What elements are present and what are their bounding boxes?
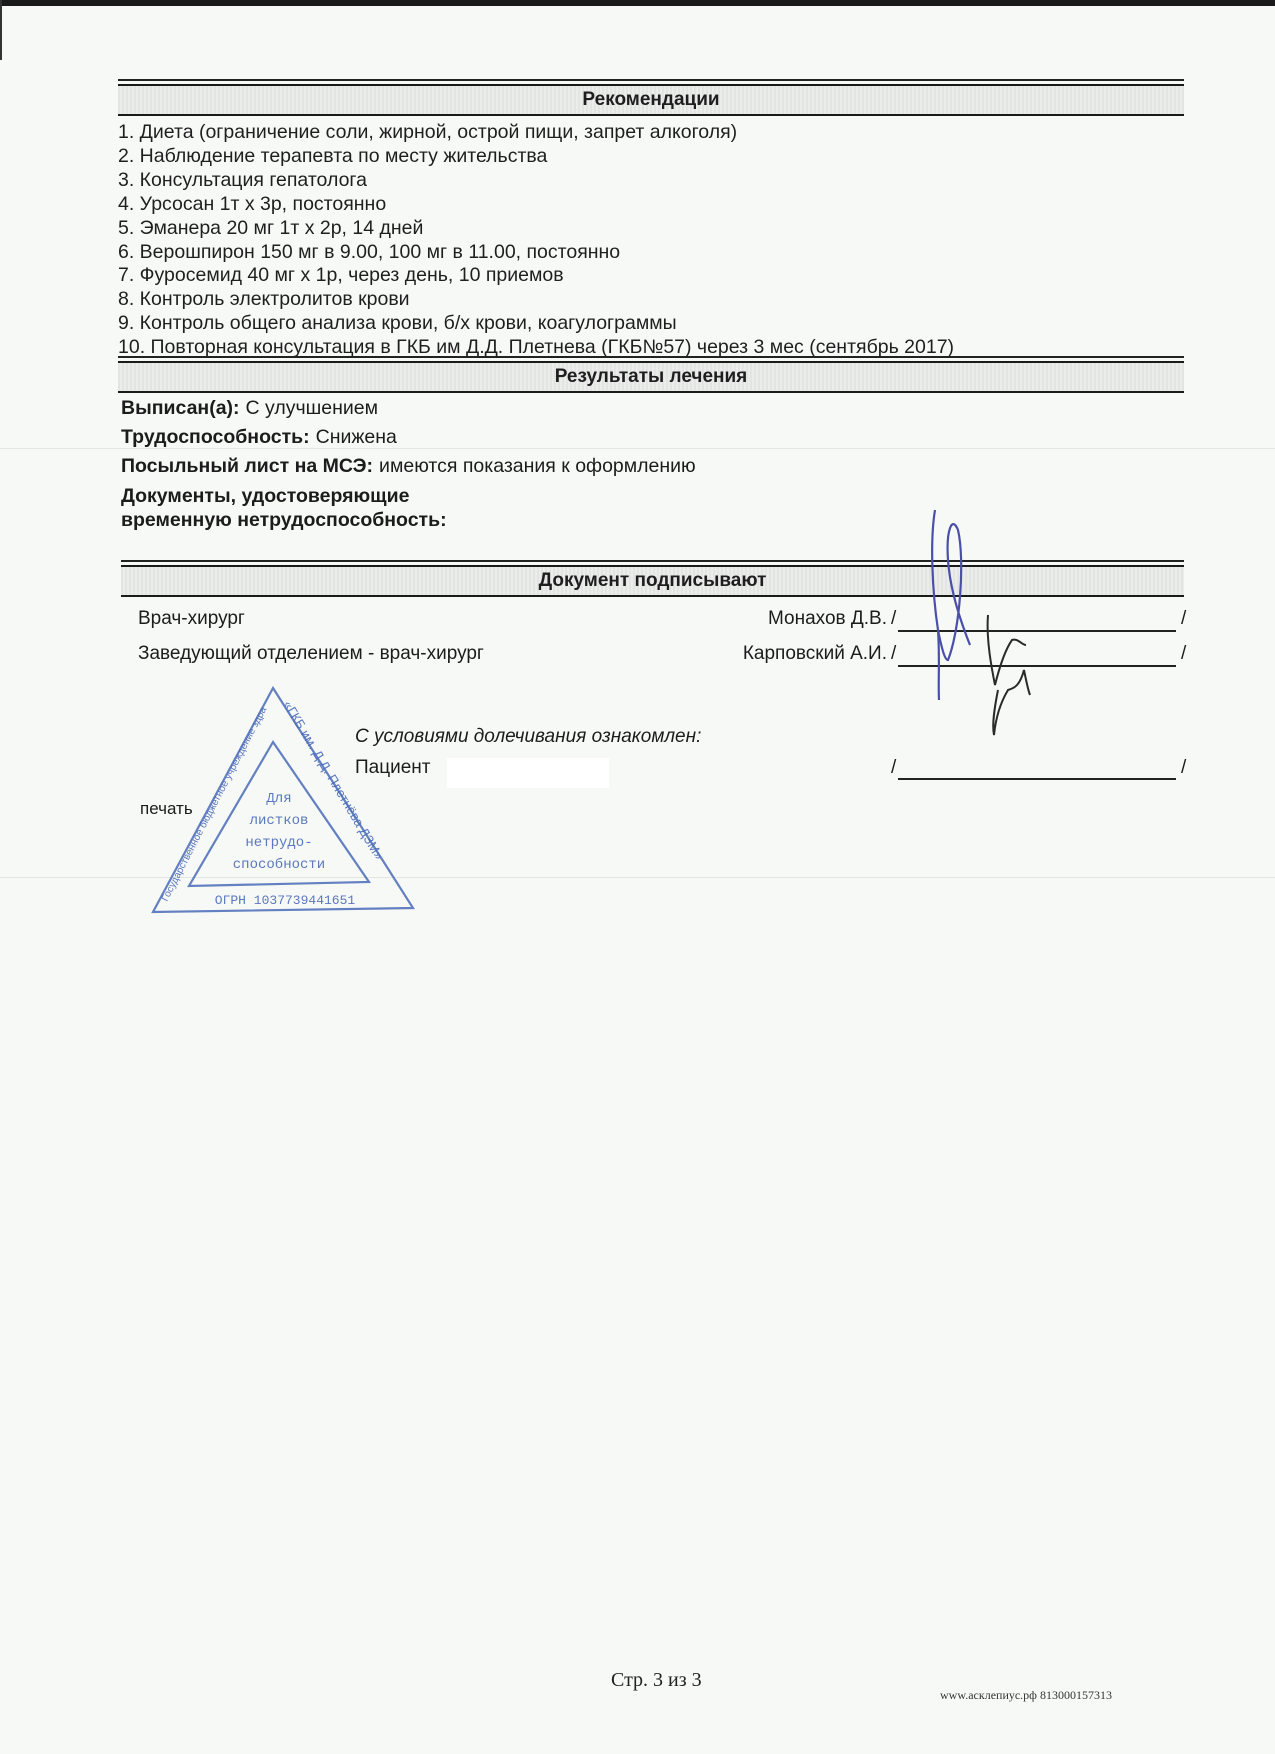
section-title: Рекомендации [582, 89, 719, 111]
recommendation-item: 4. Урсосан 1т х 3р, постоянно [118, 192, 386, 216]
field-value: имеются показания к оформлению [379, 455, 696, 477]
field-value: С улучшением [246, 397, 379, 419]
footer-site: www.асклепиус.рф 813000157313 [940, 1688, 1112, 1703]
slash: / [891, 643, 896, 665]
section-title: Результаты лечения [555, 366, 748, 388]
sick-leave-docs-label-2: временную нетрудоспособность: [121, 508, 447, 532]
signer-name-surgeon: Монахов Д.В. [768, 608, 887, 630]
stamp-inner-line: нетрудо- [245, 835, 312, 851]
field-label: Документы, удостоверяющие [121, 485, 409, 507]
recommendation-item: 6. Верошпирон 150 мг в 9.00, 100 мг в 11… [118, 240, 620, 264]
recommendation-item: 3. Консультация гепатолога [118, 168, 367, 192]
scan-edge-left [0, 0, 2, 60]
sick-leave-docs-label-1: Документы, удостоверяющие [121, 484, 409, 508]
recommendation-item: 8. Контроль электролитов крови [118, 287, 410, 311]
stamp-inner-line: Для [266, 791, 291, 807]
mse-referral: Посыльный лист на МСЭ:имеются показания … [121, 454, 696, 478]
recommendation-item: 2. Наблюдение терапевта по месту жительс… [118, 144, 547, 168]
patient-name-redacted [447, 758, 609, 788]
discharge-status: Выписан(а):С улучшением [121, 396, 378, 420]
work-capacity: Трудоспособность:Снижена [121, 425, 397, 449]
page-number: Стр. 3 из 3 [611, 1669, 702, 1692]
signer-role-head: Заведующий отделением - врач-хирург [138, 643, 484, 665]
slash: / [891, 608, 896, 630]
slash: / [891, 757, 896, 779]
slash: / [1181, 608, 1186, 630]
signer-name-head: Карповский А.И. [743, 643, 887, 665]
slash: / [1181, 757, 1186, 779]
scan-edge-top [0, 0, 1275, 6]
stamp-inner-line: листков [250, 813, 309, 829]
slash: / [1181, 643, 1186, 665]
recommendation-item: 1. Диета (ограничение соли, жирной, остр… [118, 120, 737, 144]
field-label: временную нетрудоспособность: [121, 509, 447, 531]
field-label: Посыльный лист на МСЭ: [121, 455, 373, 477]
patient-label: Пациент [355, 757, 430, 779]
field-label: Выписан(а): [121, 397, 240, 419]
recommendation-item: 7. Фуросемид 40 мг х 1р, через день, 10 … [118, 263, 564, 287]
patient-acknowledgement: С условиями долечивания ознакомлен: [355, 726, 701, 748]
recommendation-item: 5. Эманера 20 мг 1т х 2р, 14 дней [118, 216, 423, 240]
stamp-inner-line: способности [233, 856, 325, 873]
field-label: Трудоспособность: [121, 426, 310, 448]
signer-role-surgeon: Врач-хирург [138, 608, 245, 630]
field-value: Снижена [316, 426, 397, 448]
stamp-ogrn: ОГРН 1037739441651 [215, 893, 356, 908]
handwritten-signature-icon [920, 500, 1060, 740]
recommendation-item: 9. Контроль общего анализа крови, б/х кр… [118, 311, 677, 335]
section-title: Документ подписывают [539, 570, 767, 592]
signature-line-patient[interactable] [898, 778, 1176, 780]
official-stamp-icon: Государственное бюджетное учреждение здр… [145, 680, 435, 920]
